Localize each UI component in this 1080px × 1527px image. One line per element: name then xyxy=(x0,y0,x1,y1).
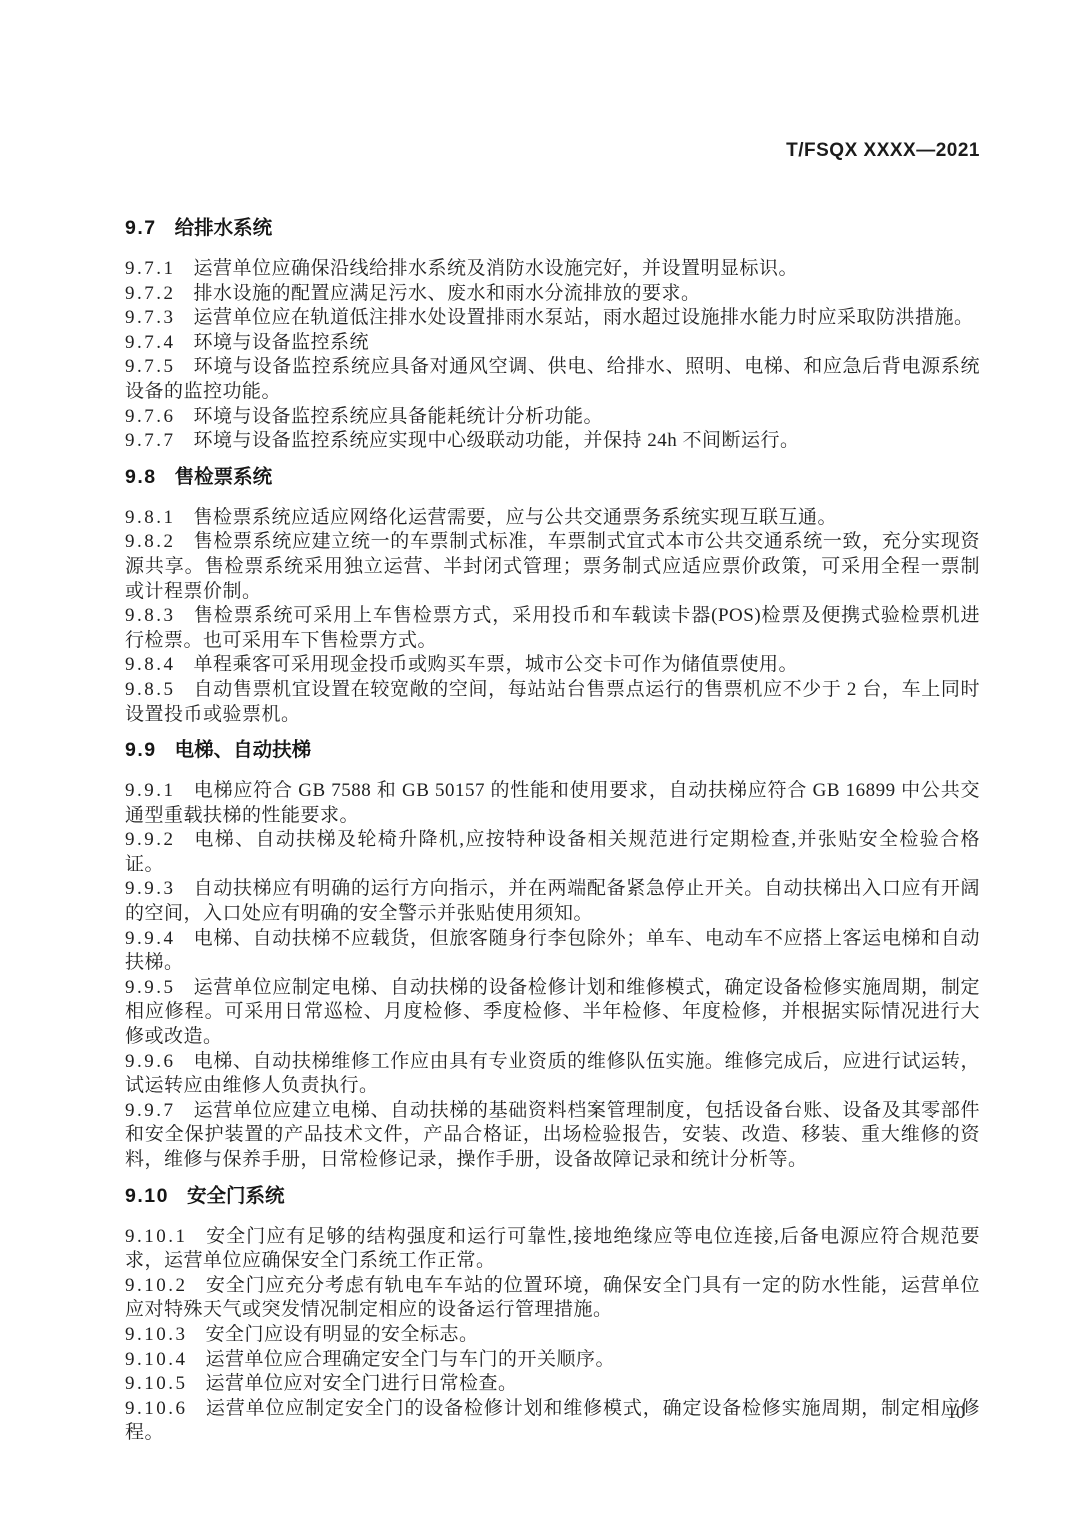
section-title: 安全门系统 xyxy=(187,1185,285,1207)
clause-text: 运营单位应建立电梯、自动扶梯的基础资料档案管理制度，包括设备台账、设备及其零部件… xyxy=(125,1100,980,1170)
clause-text: 环境与设备监控系统应具备对通风空调、供电、给排水、照明、电梯、和应急后背电源系统… xyxy=(125,356,980,402)
clause: 9.10.4运营单位应合理确定安全门与车门的开关顺序。 xyxy=(125,1348,980,1373)
clause-text: 安全门应充分考虑有轨电车车站的位置环境，确保安全门具有一定的防水性能，运营单位应… xyxy=(125,1275,980,1321)
clause: 9.9.6电梯、自动扶梯维修工作应由具有专业资质的维修队伍实施。维修完成后，应进… xyxy=(125,1050,980,1099)
clause: 9.9.7运营单位应建立电梯、自动扶梯的基础资料档案管理制度，包括设备台账、设备… xyxy=(125,1099,980,1173)
section-heading-9-8: 9.8售检票系统 xyxy=(125,465,980,490)
clause-number: 9.9.2 xyxy=(125,829,176,850)
clause-text: 运营单位应对安全门进行日常检查。 xyxy=(206,1373,518,1394)
clause: 9.9.1电梯应符合 GB 7588 和 GB 50157 的性能和使用要求，自… xyxy=(125,779,980,828)
clause-text: 运营单位应在轨道低注排水处设置排雨水泵站，雨水超过设施排水能力时应采取防洪措施。 xyxy=(194,307,974,328)
clause-number: 9.10.5 xyxy=(125,1373,188,1394)
clause-text: 单程乘客可采用现金投币或购买车票，城市公交卡可作为储值票使用。 xyxy=(194,654,799,675)
clause-text: 环境与设备监控系统应具备能耗统计分析功能。 xyxy=(194,406,604,427)
section-number: 9.7 xyxy=(125,217,157,239)
clause-number: 9.10.2 xyxy=(125,1275,188,1296)
section-heading-9-7: 9.7给排水系统 xyxy=(125,216,980,241)
clause-number: 9.10.1 xyxy=(125,1226,188,1247)
clause-number: 9.7.5 xyxy=(125,356,176,377)
clause-number: 9.7.7 xyxy=(125,430,176,451)
clause-number: 9.9.1 xyxy=(125,780,176,801)
clause: 9.9.4电梯、自动扶梯不应载货，但旅客随身行李包除外；单车、电动车不应搭上客运… xyxy=(125,927,980,976)
clause-number: 9.9.5 xyxy=(125,977,176,998)
clause-text: 安全门应有足够的结构强度和运行可靠性,接地绝缘应等电位连接,后备电源应符合规范要… xyxy=(125,1226,980,1272)
clause: 9.8.3售检票系统可采用上车售检票方式，采用投币和车载读卡器(POS)检票及便… xyxy=(125,604,980,653)
clause: 9.7.6环境与设备监控系统应具备能耗统计分析功能。 xyxy=(125,405,980,430)
section-heading-9-10: 9.10安全门系统 xyxy=(125,1184,980,1209)
clause: 9.7.2排水设施的配置应满足污水、废水和雨水分流排放的要求。 xyxy=(125,282,980,307)
document-content: 9.7给排水系统 9.7.1运营单位应确保沿线给排水系统及消防水设施完好，并设置… xyxy=(125,0,980,1446)
clause: 9.9.2电梯、自动扶梯及轮椅升降机,应按特种设备相关规范进行定期检查,并张贴安… xyxy=(125,828,980,877)
clause-text: 环境与设备监控系统 xyxy=(194,332,370,353)
section-title: 电梯、自动扶梯 xyxy=(175,739,312,761)
clause-number: 9.10.3 xyxy=(125,1324,188,1345)
clause-number: 9.10.6 xyxy=(125,1398,188,1419)
clause: 9.10.2安全门应充分考虑有轨电车车站的位置环境，确保安全门具有一定的防水性能… xyxy=(125,1274,980,1323)
clause-number: 9.8.1 xyxy=(125,507,176,528)
clause-text: 运营单位应确保沿线给排水系统及消防水设施完好，并设置明显标识。 xyxy=(194,258,799,279)
clause: 9.10.3安全门应设有明显的安全标志。 xyxy=(125,1323,980,1348)
clause-number: 9.10.4 xyxy=(125,1349,188,1370)
clause-text: 环境与设备监控系统应实现中心级联动功能，并保持 24h 不间断运行。 xyxy=(194,430,800,451)
clause-text: 运营单位应制定安全门的设备检修计划和维修模式，确定设备检修实施周期，制定相应修程… xyxy=(125,1398,980,1444)
clause-text: 自动扶梯应有明确的运行方向指示，并在两端配备紧急停止开关。自动扶梯出入口应有开阔… xyxy=(125,878,980,924)
clause-number: 9.9.6 xyxy=(125,1051,176,1072)
document-page: T/FSQX XXXX—2021 9.7给排水系统 9.7.1运营单位应确保沿线… xyxy=(0,0,1080,1527)
clause-number: 9.9.7 xyxy=(125,1100,176,1121)
clause-number: 9.9.4 xyxy=(125,928,176,949)
clause-number: 9.8.4 xyxy=(125,654,176,675)
clause-number: 9.8.3 xyxy=(125,605,176,626)
clause-text: 电梯、自动扶梯不应载货，但旅客随身行李包除外；单车、电动车不应搭上客运电梯和自动… xyxy=(125,928,980,974)
clause-number: 9.8.5 xyxy=(125,679,176,700)
clause-number: 9.7.3 xyxy=(125,307,176,328)
clause: 9.9.3自动扶梯应有明确的运行方向指示，并在两端配备紧急停止开关。自动扶梯出入… xyxy=(125,877,980,926)
clause: 9.7.5环境与设备监控系统应具备对通风空调、供电、给排水、照明、电梯、和应急后… xyxy=(125,355,980,404)
clause-text: 安全门应设有明显的安全标志。 xyxy=(206,1324,479,1345)
clause: 9.10.1安全门应有足够的结构强度和运行可靠性,接地绝缘应等电位连接,后备电源… xyxy=(125,1225,980,1274)
clause-text: 电梯、自动扶梯及轮椅升降机,应按特种设备相关规范进行定期检查,并张贴安全检验合格… xyxy=(125,829,980,875)
section-number: 9.9 xyxy=(125,739,157,761)
section-title: 售检票系统 xyxy=(175,466,273,488)
clause-text: 自动售票机宜设置在较宽敞的空间，每站站台售票点运行的售票机应不少于 2 台，车上… xyxy=(125,679,980,725)
clause-number: 9.7.6 xyxy=(125,406,176,427)
section-title: 给排水系统 xyxy=(175,217,273,239)
clause-number: 9.7.2 xyxy=(125,283,176,304)
clause-number: 9.8.2 xyxy=(125,531,176,552)
clause-text: 售检票系统可采用上车售检票方式，采用投币和车载读卡器(POS)检票及便携式验检票… xyxy=(125,605,980,651)
clause: 9.7.7环境与设备监控系统应实现中心级联动功能，并保持 24h 不间断运行。 xyxy=(125,429,980,454)
clause-text: 运营单位应合理确定安全门与车门的开关顺序。 xyxy=(206,1349,616,1370)
clause: 9.10.5运营单位应对安全门进行日常检查。 xyxy=(125,1372,980,1397)
clause: 9.8.5自动售票机宜设置在较宽敞的空间，每站站台售票点运行的售票机应不少于 2… xyxy=(125,678,980,727)
clause-text: 运营单位应制定电梯、自动扶梯的设备检修计划和维修模式，确定设备检修实施周期，制定… xyxy=(125,977,980,1047)
clause: 9.9.5运营单位应制定电梯、自动扶梯的设备检修计划和维修模式，确定设备检修实施… xyxy=(125,976,980,1050)
clause: 9.7.3运营单位应在轨道低注排水处设置排雨水泵站，雨水超过设施排水能力时应采取… xyxy=(125,306,980,331)
clause-number: 9.7.4 xyxy=(125,332,176,353)
clause: 9.7.1运营单位应确保沿线给排水系统及消防水设施完好，并设置明显标识。 xyxy=(125,257,980,282)
section-number: 9.8 xyxy=(125,466,157,488)
clause-number: 9.7.1 xyxy=(125,258,176,279)
clause-text: 售检票系统应建立统一的车票制式标准，车票制式宜式本市公共交通系统一致，充分实现资… xyxy=(125,531,980,601)
clause-text: 电梯应符合 GB 7588 和 GB 50157 的性能和使用要求，自动扶梯应符… xyxy=(125,780,980,826)
section-number: 9.10 xyxy=(125,1185,169,1207)
clause-text: 电梯、自动扶梯维修工作应由具有专业资质的维修队伍实施。维修完成后，应进行试运转，… xyxy=(125,1051,980,1097)
clause-text: 排水设施的配置应满足污水、废水和雨水分流排放的要求。 xyxy=(194,283,701,304)
clause-text: 售检票系统应适应网络化运营需要，应与公共交通票务系统实现互联互通。 xyxy=(194,507,838,528)
clause: 9.8.2售检票系统应建立统一的车票制式标准，车票制式宜式本市公共交通系统一致，… xyxy=(125,530,980,604)
clause: 9.8.4单程乘客可采用现金投币或购买车票，城市公交卡可作为储值票使用。 xyxy=(125,653,980,678)
clause: 9.7.4环境与设备监控系统 xyxy=(125,331,980,356)
clause: 9.10.6运营单位应制定安全门的设备检修计划和维修模式，确定设备检修实施周期，… xyxy=(125,1397,980,1446)
clause: 9.8.1售检票系统应适应网络化运营需要，应与公共交通票务系统实现互联互通。 xyxy=(125,506,980,531)
page-number: 10 xyxy=(947,1402,965,1423)
section-heading-9-9: 9.9电梯、自动扶梯 xyxy=(125,738,980,763)
clause-number: 9.9.3 xyxy=(125,878,176,899)
